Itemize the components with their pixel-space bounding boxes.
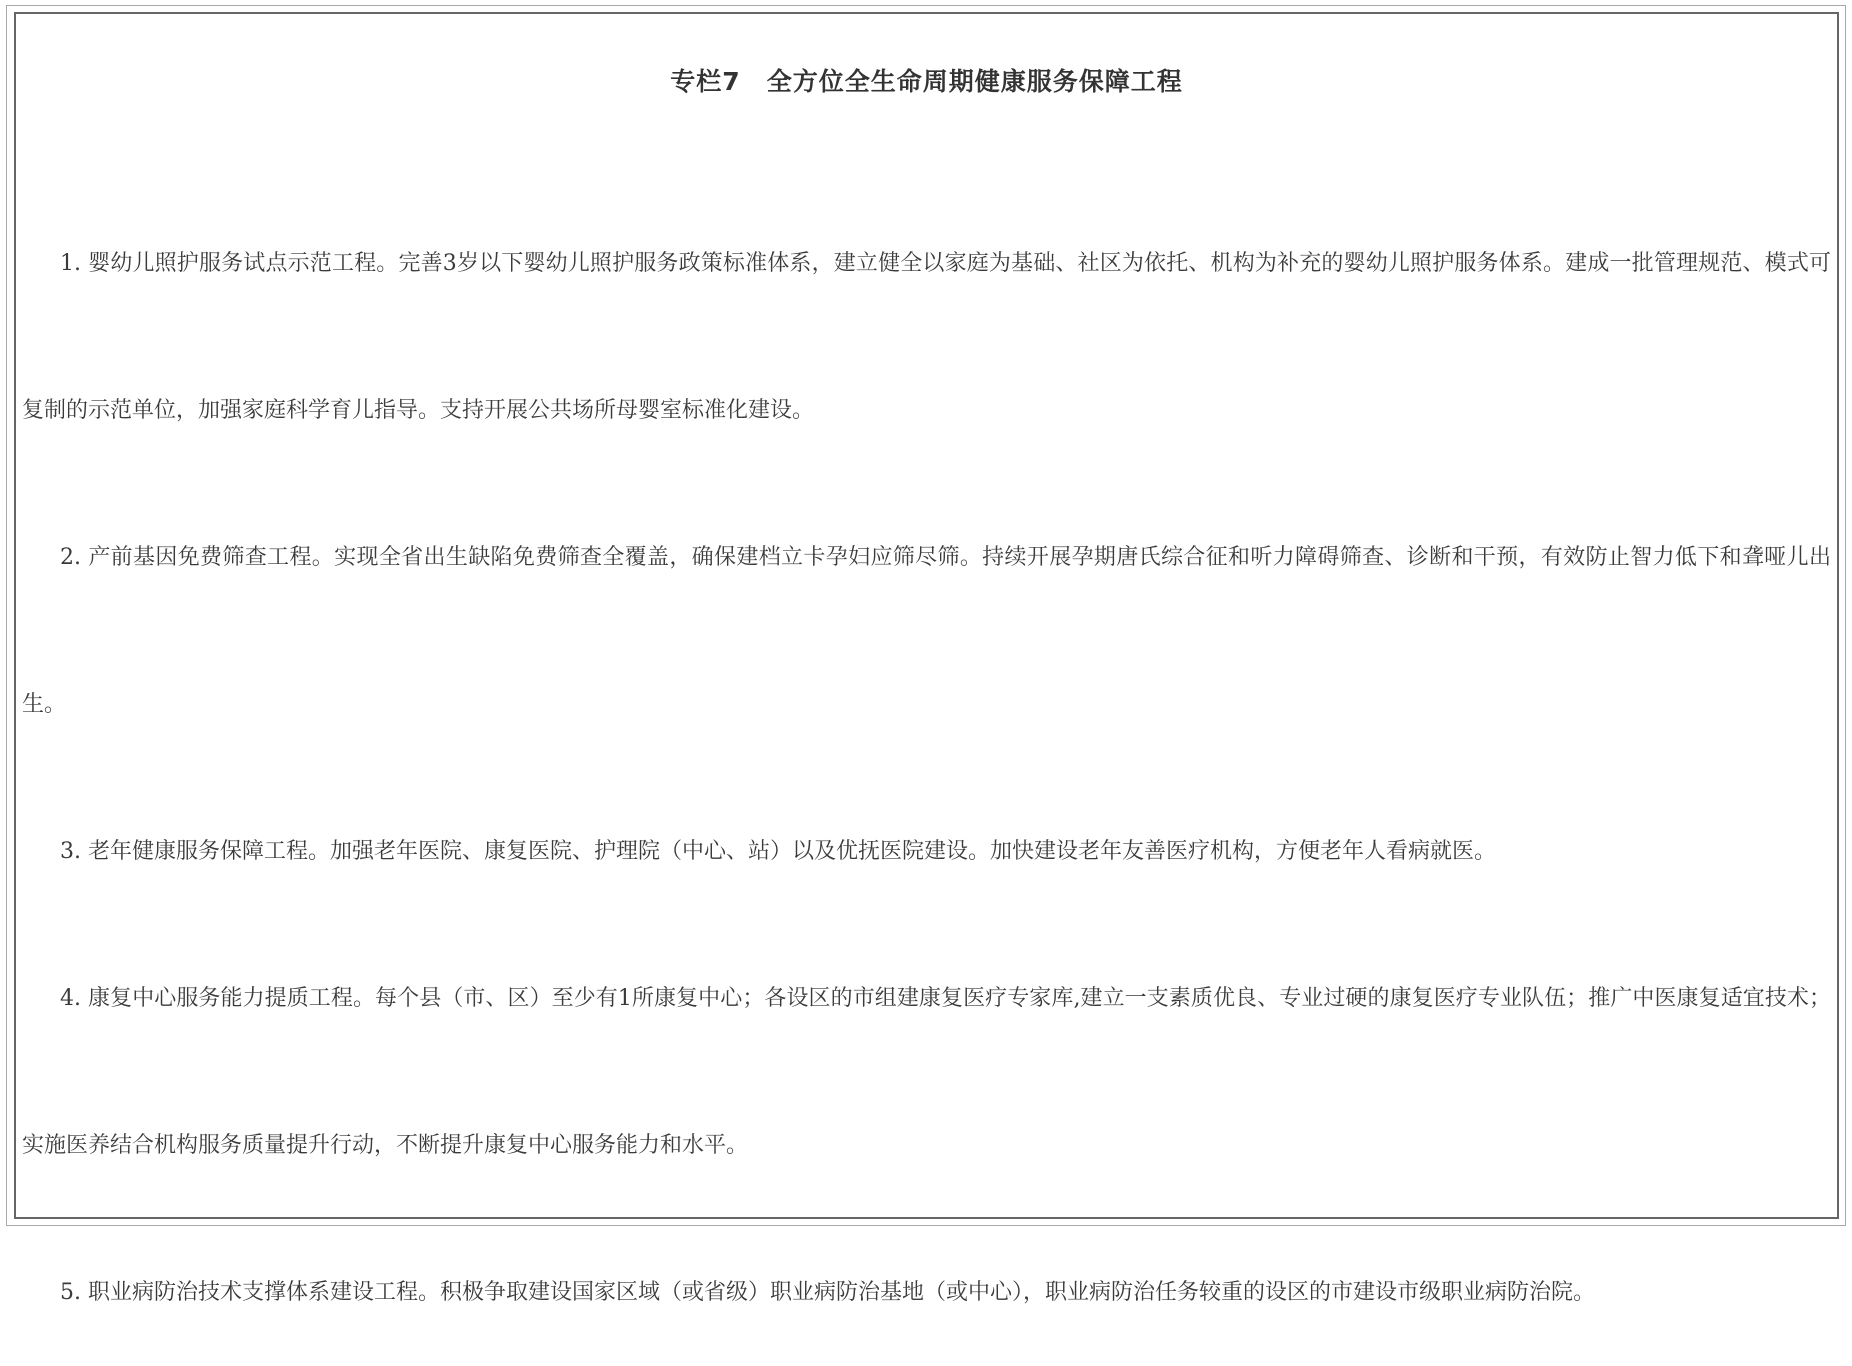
paragraph: 1. 婴幼儿照护服务试点示范工程。完善3岁以下婴幼儿照护服务政策标准体系，建立健… — [22, 190, 1831, 484]
document-page: 专栏7 全方位全生命周期健康服务保障工程 1. 婴幼儿照护服务试点示范工程。完善… — [0, 0, 1852, 1231]
page-title: 专栏7 全方位全生命周期健康服务保障工程 — [22, 62, 1831, 98]
paragraph: 4. 康复中心服务能力提质工程。每个县（市、区）至少有1所康复中心；各设区的市组… — [22, 925, 1831, 1219]
paragraph: 3. 老年健康服务保障工程。加强老年医院、康复医院、护理院（中心、站）以及优抚医… — [22, 778, 1831, 925]
inner-border: 专栏7 全方位全生命周期健康服务保障工程 1. 婴幼儿照护服务试点示范工程。完善… — [14, 12, 1839, 1219]
paragraph: 2. 产前基因免费筛查工程。实现全省出生缺陷免费筛查全覆盖，确保建档立卡孕妇应筛… — [22, 484, 1831, 778]
paragraph-list: 1. 婴幼儿照护服务试点示范工程。完善3岁以下婴幼儿照护服务政策标准体系，建立健… — [22, 190, 1831, 1231]
document-content: 专栏7 全方位全生命周期健康服务保障工程 1. 婴幼儿照护服务试点示范工程。完善… — [22, 14, 1831, 1217]
paragraph: 5. 职业病防治技术支撑体系建设工程。积极争取建设国家区域（或省级）职业病防治基… — [22, 1219, 1831, 1231]
